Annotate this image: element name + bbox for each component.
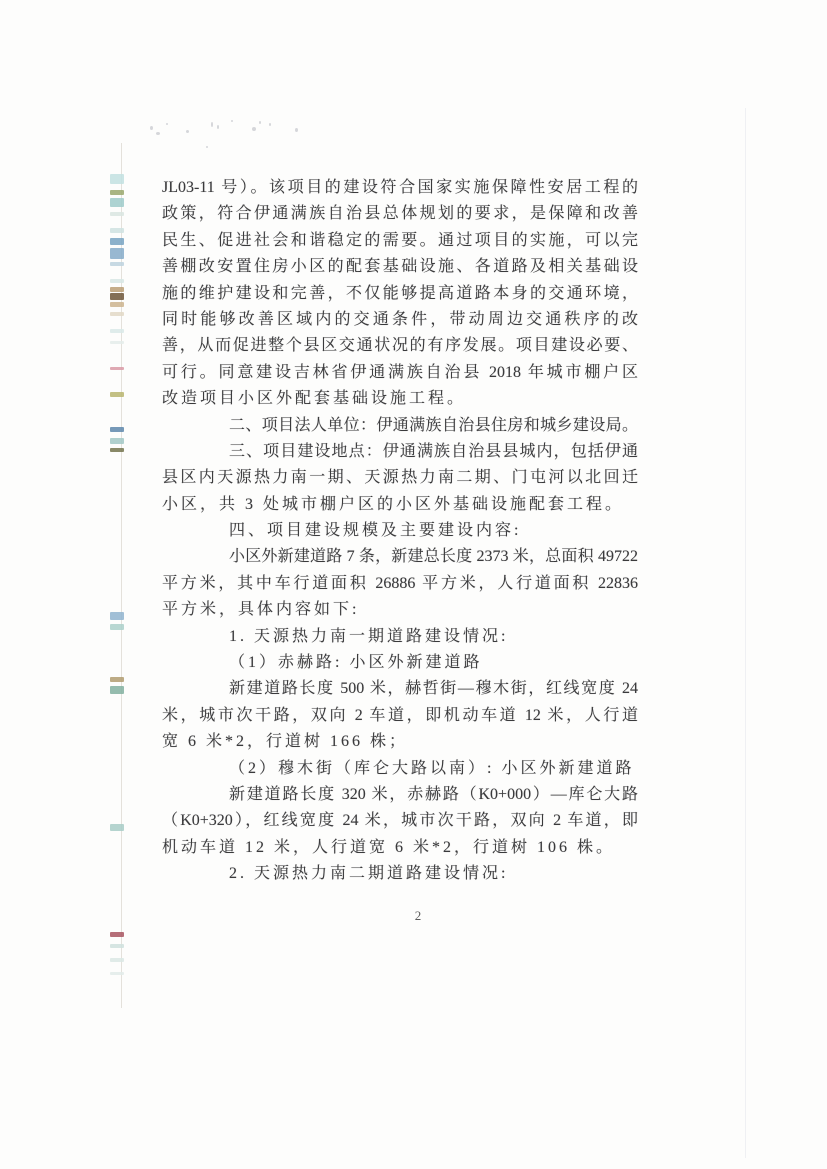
scan-artifact-stripe xyxy=(110,612,124,620)
pencil-smudge-mark xyxy=(295,128,298,132)
document-line: 小区，共 3 处城市棚户区的小区外基础设施配套工程。 xyxy=(162,492,638,518)
pencil-smudge-mark xyxy=(206,146,208,148)
document-line: 同时能够改善区域内的交通条件，带动周边交通秩序的改 xyxy=(162,307,638,333)
document-line: 小区外新建道路 7 条，新建总长度 2373 米，总面积 49722 xyxy=(162,544,638,570)
pencil-smudge-mark xyxy=(231,120,233,122)
document-line: （K0+320），红线宽度 24 米，城市次干路，双向 2 车道，即 xyxy=(162,808,638,834)
scan-artifact-stripe xyxy=(110,190,124,195)
scan-artifact-stripe xyxy=(110,329,124,333)
document-line: 宽 6 米*2，行道树 166 株； xyxy=(162,729,638,755)
document-body-text: JL03-11 号）。该项目的建设符合国家实施保障性安居工程的政策，符合伊通满族… xyxy=(162,175,638,888)
document-line: 平方米，具体内容如下: xyxy=(162,597,638,623)
pencil-smudge-mark xyxy=(269,123,271,126)
scan-artifact-stripe xyxy=(110,302,124,307)
scan-left-edge-line xyxy=(121,143,122,1008)
document-line: 1. 天源热力南一期道路建设情况: xyxy=(162,624,638,650)
scan-artifact-stripe xyxy=(110,427,124,432)
scan-artifact-stripe xyxy=(110,238,124,245)
scan-artifact-stripe xyxy=(110,198,124,207)
document-line: 机动车道 12 米，人行道宽 6 米*2，行道树 106 株。 xyxy=(162,835,638,861)
scan-artifact-stripe xyxy=(110,624,124,630)
scan-artifact-stripe xyxy=(110,279,124,283)
scan-artifact-stripe xyxy=(110,341,124,344)
document-line: 新建道路长度 500 米，赫哲街—穆木街，红线宽度 24 xyxy=(162,676,638,702)
scan-artifact-stripe xyxy=(110,287,124,292)
document-line: 县区内天源热力南一期、天源热力南二期、门屯河以北回迁 xyxy=(162,465,638,491)
scan-artifact-stripe xyxy=(110,944,124,948)
pencil-smudge-mark xyxy=(211,122,213,127)
scan-artifact-stripe xyxy=(110,367,124,370)
document-line: 民生、促进社会和谐稳定的需要。通过项目的实施，可以完 xyxy=(162,228,638,254)
document-line: 2. 天源热力南二期道路建设情况: xyxy=(162,861,638,887)
pencil-smudge-mark xyxy=(150,126,153,130)
scan-artifact-stripe xyxy=(110,677,124,682)
document-line: （1）赤赫路: 小区外新建道路 xyxy=(162,650,638,676)
pencil-smudge-mark xyxy=(259,121,261,124)
document-line: 施的维护建设和完善，不仅能够提高道路本身的交通环境， xyxy=(162,281,638,307)
scan-artifact-stripe xyxy=(110,212,124,216)
document-line: 四、项目建设规模及主要建设内容: xyxy=(162,518,638,544)
document-line: 善，从而促进整个县区交通状况的有序发展。项目建设必要、 xyxy=(162,333,638,359)
pencil-smudge-mark xyxy=(252,127,256,131)
scan-artifact-stripe xyxy=(110,174,124,184)
pencil-smudge-mark xyxy=(156,132,160,135)
scan-artifact-stripe xyxy=(110,958,124,962)
page-number: 2 xyxy=(404,908,432,924)
document-line: 善棚改安置住房小区的配套基础设施、各道路及相关基础设 xyxy=(162,254,638,280)
scan-artifact-stripe xyxy=(110,262,124,266)
pencil-smudge-mark xyxy=(217,125,219,129)
document-line: 新建道路长度 320 米，赤赫路（K0+000）—库仑大路 xyxy=(162,782,638,808)
document-line: 三、项目建设地点：伊通满族自治县县城内，包括伊通 xyxy=(162,439,638,465)
document-line: 可行。同意建设吉林省伊通满族自治县 2018 年城市棚户区 xyxy=(162,360,638,386)
scan-artifact-stripe xyxy=(110,824,124,831)
scan-artifact-stripe xyxy=(110,293,124,300)
scan-right-edge-line xyxy=(745,108,746,1158)
scan-artifact-stripe xyxy=(110,392,124,397)
document-line: 平方米，其中车行道面积 26886 平方米，人行道面积 22836 xyxy=(162,571,638,597)
document-line: JL03-11 号）。该项目的建设符合国家实施保障性安居工程的 xyxy=(162,175,638,201)
scan-artifact-stripe xyxy=(110,312,124,316)
document-line: 二、项目法人单位：伊通满族自治县住房和城乡建设局。 xyxy=(162,413,638,439)
scan-artifact-stripe xyxy=(110,686,124,694)
document-line: 改造项目小区外配套基础设施工程。 xyxy=(162,386,638,412)
scanned-document-page: JL03-11 号）。该项目的建设符合国家实施保障性安居工程的政策，符合伊通满族… xyxy=(0,0,827,1169)
scan-artifact-stripe xyxy=(110,448,124,452)
scan-artifact-stripe xyxy=(110,932,124,937)
pencil-smudge-mark xyxy=(166,123,168,125)
document-line: 米，城市次干路，双向 2 车道，即机动车道 12 米，人行道 xyxy=(162,703,638,729)
scan-artifact-stripe xyxy=(110,228,124,233)
scan-artifact-stripe xyxy=(110,972,124,975)
document-line: 政策，符合伊通满族自治县总体规划的要求，是保障和改善 xyxy=(162,201,638,227)
document-line: （2）穆木街（库仑大路以南）: 小区外新建道路 xyxy=(162,756,638,782)
pencil-smudge-mark xyxy=(186,130,189,133)
scan-artifact-stripe xyxy=(110,248,124,259)
scan-artifact-stripe xyxy=(110,438,124,444)
